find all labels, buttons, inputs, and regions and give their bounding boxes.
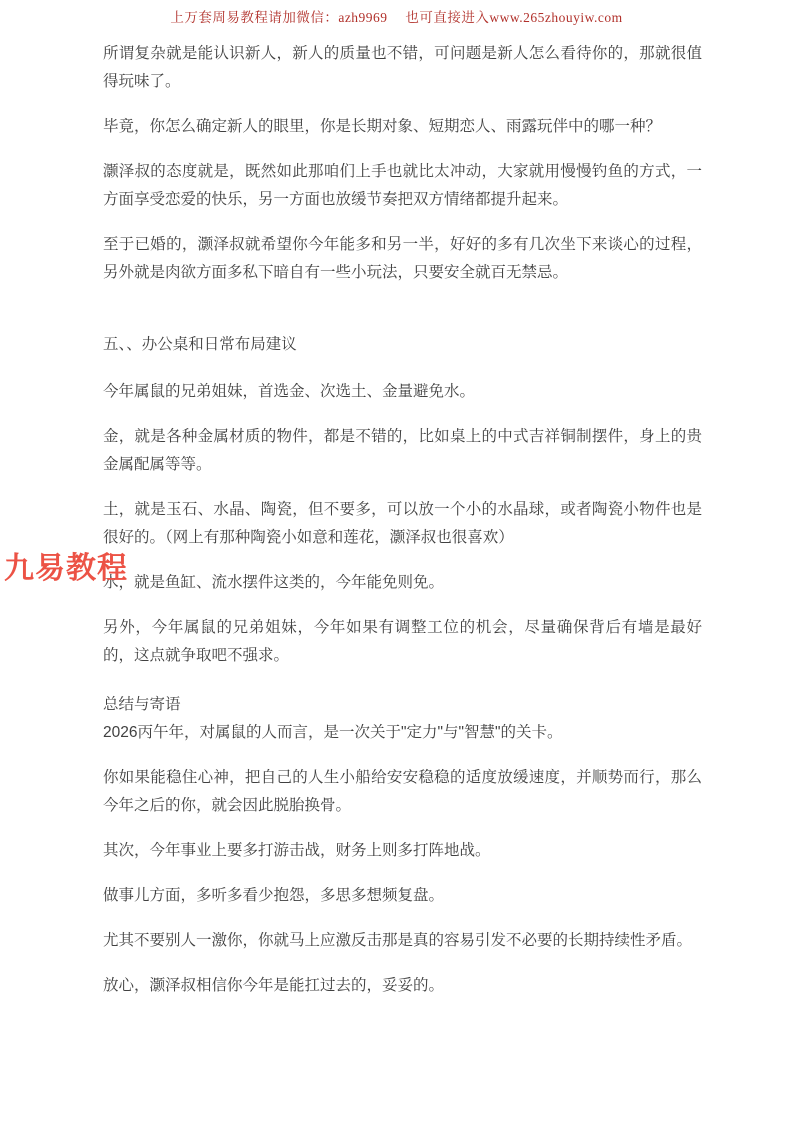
document-body: 所谓复杂就是能认识新人，新人的质量也不错，可问题是新人怎么看待你的，那就很值得玩…: [103, 40, 702, 1000]
paragraph: 另外，今年属鼠的兄弟姐妹，今年如果有调整工位的机会，尽量确保背后有墙是最好的，这…: [103, 614, 702, 670]
paragraph: 你如果能稳住心神，把自己的人生小船给安安稳稳的适度放缓速度，并顺势而行，那么今年…: [103, 764, 702, 820]
paragraph: 其次，今年事业上要多打游击战，财务上则多打阵地战。: [103, 837, 702, 865]
paragraph: 今年属鼠的兄弟姐妹，首选金、次选土、金量避免水。: [103, 378, 702, 406]
paragraph: 放心，灏泽叔相信你今年是能扛过去的，妥妥的。: [103, 972, 702, 1000]
paragraph: 至于已婚的，灏泽叔就希望你今年能多和另一半，好好的多有几次坐下来谈心的过程，另外…: [103, 231, 702, 287]
section-heading: 五、、办公桌和日常布局建议: [103, 331, 702, 359]
paragraph: 金，就是各种金属材质的物件，都是不错的，比如桌上的中式吉祥铜制摆件，身上的贵金属…: [103, 423, 702, 479]
paragraph: 所谓复杂就是能认识新人，新人的质量也不错，可问题是新人怎么看待你的，那就很值得玩…: [103, 40, 702, 96]
watermark: 九易教程: [4, 543, 128, 587]
paragraph: 水，就是鱼缸、流水摆件这类的，今年能免则免。: [103, 569, 702, 597]
document-page: 上万套周易教程请加微信：azh9969 也可直接进入www.265zhouyiw…: [0, 0, 793, 1121]
paragraph: 做事儿方面，多听多看少抱怨，多思多想频复盘。: [103, 882, 702, 910]
section-heading: 总结与寄语: [103, 691, 702, 719]
page-header-promo-text: 上万套周易教程请加微信：azh9969 也可直接进入www.265zhouyiw…: [0, 6, 793, 26]
paragraph: 灏泽叔的态度就是，既然如此那咱们上手也就比太冲动，大家就用慢慢钓鱼的方式，一方面…: [103, 158, 702, 214]
paragraph: 土，就是玉石、水晶、陶瓷，但不要多，可以放一个小的水晶球，或者陶瓷小物件也是很好…: [103, 496, 702, 552]
paragraph: 2026丙午年，对属鼠的人而言，是一次关于"定力"与"智慧"的关卡。: [103, 719, 702, 747]
paragraph: 毕竟，你怎么确定新人的眼里，你是长期对象、短期恋人、雨露玩伴中的哪一种？: [103, 113, 702, 141]
paragraph: 尤其不要别人一激你，你就马上应激反击那是真的容易引发不必要的长期持续性矛盾。: [103, 927, 702, 955]
